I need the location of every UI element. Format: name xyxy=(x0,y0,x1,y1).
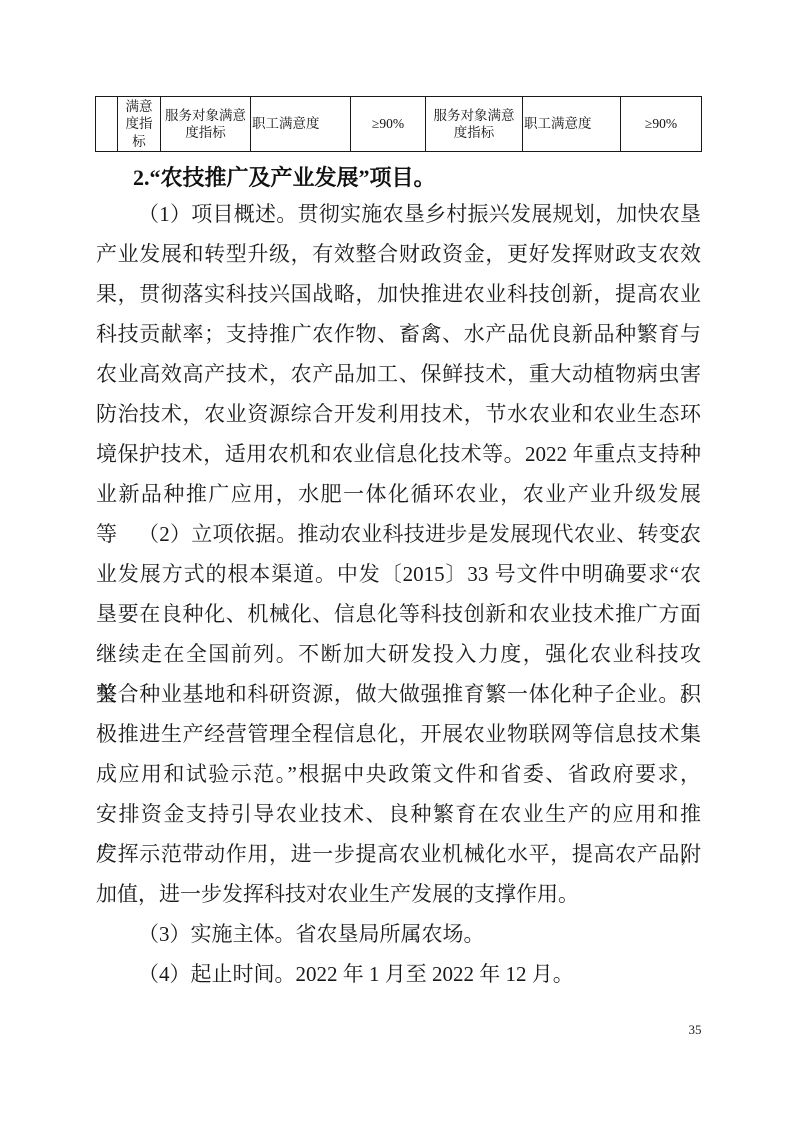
document-page: 满意度指标 服务对象满意度指标 职工满意度 ≥90% 服务对象满意度指标 职工满… xyxy=(0,0,794,1122)
table-cell-target-value-1: ≥90% xyxy=(351,97,426,152)
body-line: 成应用和试验示范。”根据中央政策文件和省委、省政府要求， xyxy=(96,754,701,794)
table-cell-staff-satisfaction-2: 职工满意度 xyxy=(523,97,621,152)
satisfaction-indicator-table: 满意度指标 服务对象满意度指标 职工满意度 ≥90% 服务对象满意度指标 职工满… xyxy=(95,96,702,152)
body-line: 防治技术，农业资源综合开发利用技术，节水农业和农业生态环 xyxy=(96,394,701,434)
body-line: 整合种业基地和科研资源，做大做强推育繁一体化种子企业。积 xyxy=(96,674,701,714)
body-line: 业新品种推广应用，水肥一体化循环农业，农业产业升级发展等。 xyxy=(96,474,701,514)
page-number: 35 xyxy=(680,1022,710,1038)
body-line: 发挥示范带动作用，进一步提高农业机械化水平，提高农产品附 xyxy=(96,834,701,874)
section-heading: 2.“农技推广及产业发展”项目。 xyxy=(96,162,701,194)
body-line: 极推进生产经营管理全程信息化，开展农业物联网等信息技术集 xyxy=(96,714,701,754)
body-line: （1）项目概述。贯彻实施农垦乡村振兴发展规划，加快农垦 xyxy=(96,194,701,234)
table-cell-target-value-2: ≥90% xyxy=(621,97,702,152)
body-line: 业发展方式的根本渠道。中发〔2015〕33 号文件中明确要求“农 xyxy=(96,554,701,594)
body-line: 农业高效高产技术，农产品加工、保鲜技术，重大动植物病虫害 xyxy=(96,354,701,394)
table-row: 满意度指标 服务对象满意度指标 职工满意度 ≥90% 服务对象满意度指标 职工满… xyxy=(96,97,702,152)
body-line-implementer: （3）实施主体。省农垦局所属农场。 xyxy=(96,914,701,954)
table-cell-service-target-2: 服务对象满意度指标 xyxy=(426,97,523,152)
body-line: 果，贯彻落实科技兴国战略，加快推进农业科技创新，提高农业 xyxy=(96,274,701,314)
body-line: 产业发展和转型升级，有效整合财政资金，更好发挥财政支农效 xyxy=(96,234,701,274)
body-line-timeframe: （4）起止时间。2022 年 1 月至 2022 年 12 月。 xyxy=(96,954,701,994)
body-text: （1）项目概述。贯彻实施农垦乡村振兴发展规划，加快农垦 产业发展和转型升级，有效… xyxy=(96,194,701,994)
table-cell-empty xyxy=(96,97,118,152)
body-line: 加值，进一步发挥科技对农业生产发展的支撑作用。 xyxy=(96,874,701,914)
body-line: 继续走在全国前列。不断加大研发投入力度，强化农业科技攻关。 xyxy=(96,634,701,674)
body-line: 科技贡献率；支持推广农作物、畜禽、水产品优良新品种繁育与 xyxy=(96,314,701,354)
body-line: 垦要在良种化、机械化、信息化等科技创新和农业技术推广方面 xyxy=(96,594,701,634)
body-line: 安排资金支持引导农业技术、良种繁育在农业生产的应用和推广， xyxy=(96,794,701,834)
body-line: （2）立项依据。推动农业科技进步是发展现代农业、转变农 xyxy=(96,514,701,554)
body-line: 境保护技术，适用农机和农业信息化技术等。2022 年重点支持种 xyxy=(96,434,701,474)
table-cell-service-target: 服务对象满意度指标 xyxy=(161,97,251,152)
table-cell-indicator-group: 满意度指标 xyxy=(118,97,161,152)
table-cell-staff-satisfaction: 职工满意度 xyxy=(251,97,351,152)
